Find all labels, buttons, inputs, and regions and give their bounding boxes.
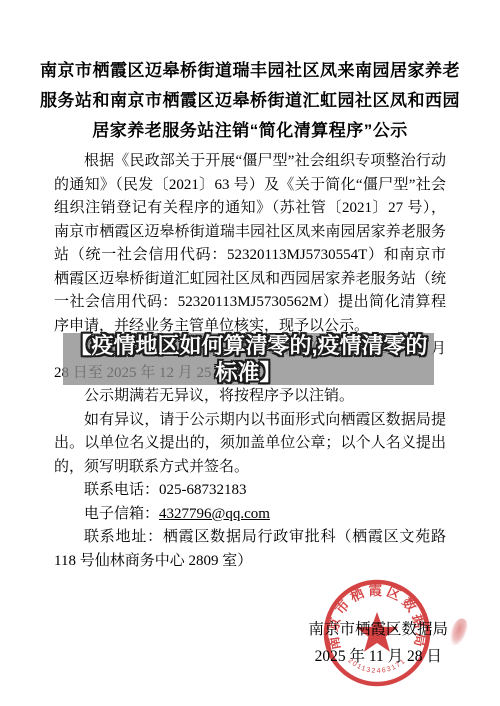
seal-serial-number: 201132463171 — [346, 657, 407, 675]
contact-email-line: 电子信箱：4327796@qq.com — [54, 503, 446, 527]
caption-overlay-band: 【疫情地区如何算清零的,疫情清零的 标准】 — [63, 333, 434, 385]
title-line-2: 服务站和南京市栖霞区迈皋桥街道汇虹园社区凤和西园 — [0, 86, 500, 116]
paragraph-objection-method: 如有异议，请于公示期内以书面形式向栖霞区数据局提出。以单位名义提出的，须加盖单位… — [54, 409, 446, 480]
ink-smudge-mark — [447, 616, 470, 647]
overlay-caption-line-1: 【疫情地区如何算清零的,疫情清零的 — [69, 332, 427, 359]
contact-phone-line: 联系电话：025-68732183 — [54, 479, 446, 503]
overlay-caption-line-2: 标准】 — [69, 359, 427, 386]
paragraph-no-objection: 公示期满若无异议，将按程序予以注销。 — [54, 385, 446, 409]
phone-number: 025-68732183 — [159, 482, 247, 498]
phone-label: 联系电话： — [84, 482, 159, 498]
seal-star-icon — [356, 612, 398, 652]
email-link[interactable]: 4327796@qq.com — [159, 506, 270, 522]
document-title: 南京市栖霞区迈皋桥街道瑞丰园社区凤来南园居家养老 服务站和南京市栖霞区迈皋桥街道… — [0, 56, 500, 146]
overlay-caption-text: 【疫情地区如何算清零的,疫情清零的 标准】 — [69, 332, 427, 386]
paragraph-basis: 根据《民政部关于开展“僵尸型”社会组织专项整治行动的通知》（民发〔2021〕63… — [54, 150, 446, 338]
contact-address-line: 联系地址：栖霞区数据局行政审批科（栖霞区文苑路 118 号仙林商务中心 2809… — [54, 526, 446, 573]
official-seal-stamp: 南京市栖霞区数据局 201132463171 — [320, 576, 434, 690]
title-line-3: 居家养老服务站注销“简化清算程序”公示 — [0, 116, 500, 146]
notice-document: 南京市栖霞区迈皋桥街道瑞丰园社区凤来南园居家养老 服务站和南京市栖霞区迈皋桥街道… — [0, 0, 500, 706]
email-label: 电子信箱： — [84, 506, 159, 522]
title-line-1: 南京市栖霞区迈皋桥街道瑞丰园社区凤来南园居家养老 — [0, 56, 500, 86]
address-label: 联系地址： — [84, 529, 163, 545]
